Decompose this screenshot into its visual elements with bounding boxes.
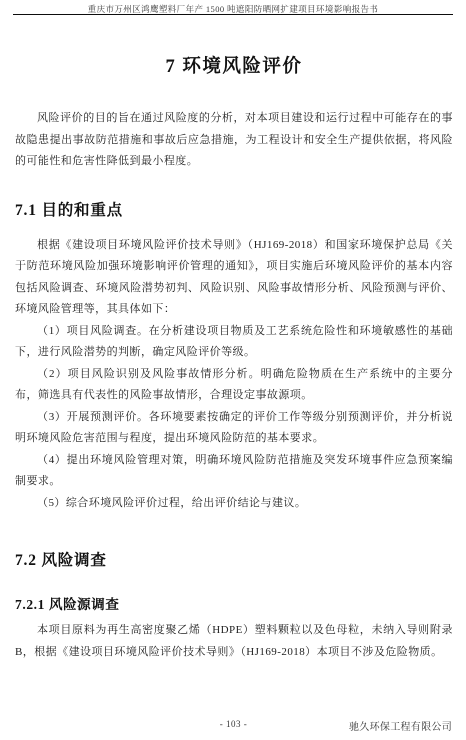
document-page: 重庆市万州区鸿鹰塑料厂年产 1500 吨遮阳防晒网扩建项目环境影响报告书 7 环…	[0, 0, 466, 740]
header-doc-title: 重庆市万州区鸿鹰塑料厂年产 1500 吨遮阳防晒网扩建项目环境影响报告书	[88, 4, 379, 14]
section-7-2-heading: 7.2 风险调查	[15, 551, 453, 571]
page-content: 7 环境风险评价 风险评价的目的旨在通过风险度的分析，对本项目建设和运行过程中可…	[15, 15, 453, 663]
section-7-2-1-paragraph: 本项目原料为再生高密度聚乙烯（HDPE）塑料颗粒以及色母粒，未纳入导则附录B，根…	[15, 620, 453, 663]
list-item-5: （5）综合环境风险评价过程，给出评价结论与建议。	[15, 493, 453, 515]
list-item-1: （1）项目风险调查。在分析建设项目物质及工艺系统危险性和环境敏感性的基础下，进行…	[15, 321, 453, 364]
list-item-3: （3）开展预测评价。各环境要素按确定的评价工作等级分别预测评价，并分析说明环境风…	[15, 407, 453, 450]
footer-company-name: 驰久环保工程有限公司	[349, 718, 452, 733]
list-item-4: （4）提出环境风险管理对策，明确环境风险防范措施及突发环境事件应急预案编制要求。	[15, 450, 453, 493]
section-7-1-lead-paragraph: 根据《建设项目环境风险评价技术导则》（HJ169-2018）和国家环境保护总局《…	[15, 235, 453, 321]
section-7-2-1-heading: 7.2.1 风险源调查	[15, 596, 453, 614]
section-7-1-heading: 7.1 目的和重点	[15, 201, 453, 221]
chapter-title: 7 环境风险评价	[15, 55, 453, 79]
list-item-2: （2）项目风险识别及风险事故情形分析。明确危险物质在生产系统中的主要分布，筛选具…	[15, 364, 453, 407]
page-footer: - 103 - 驰久环保工程有限公司	[15, 719, 452, 732]
intro-paragraph: 风险评价的目的旨在通过风险度的分析，对本项目建设和运行过程中可能存在的事故隐患提…	[15, 108, 453, 173]
